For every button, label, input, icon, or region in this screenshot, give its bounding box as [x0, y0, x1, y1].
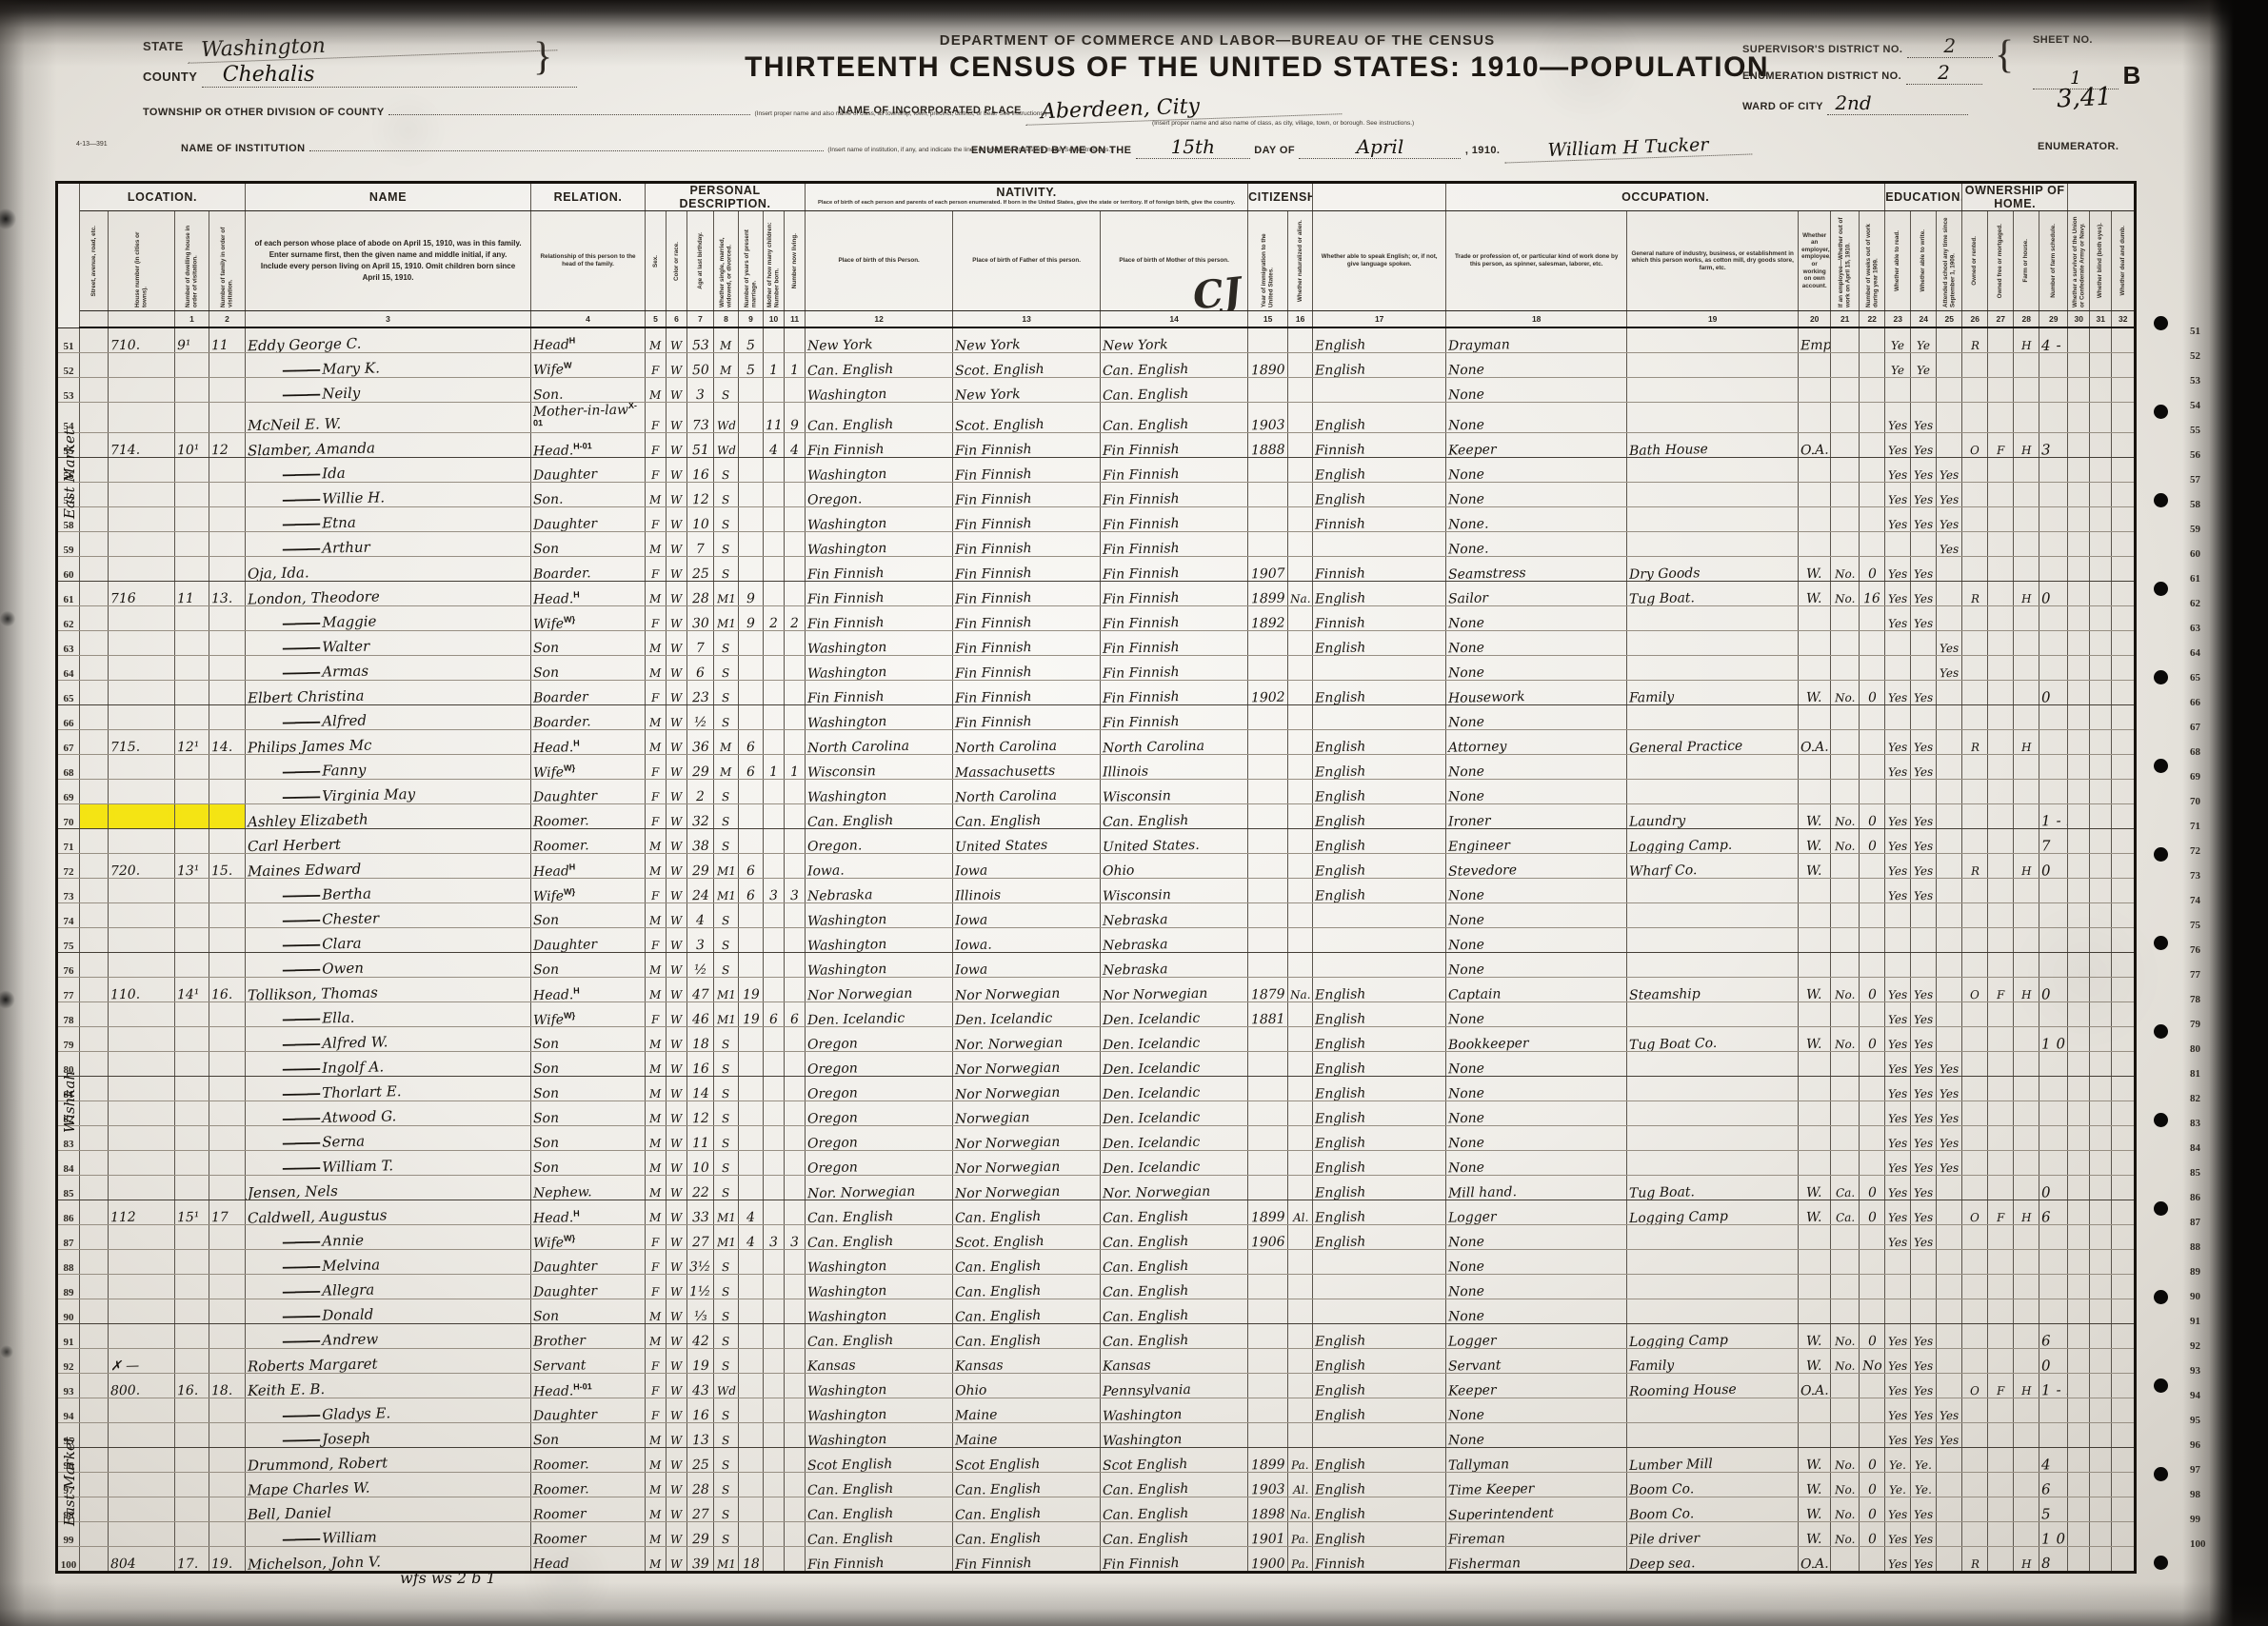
cell-immigration: [1248, 507, 1288, 532]
cell-name: ——— Atwood G.: [246, 1101, 531, 1126]
sheet-brace: }: [1995, 32, 2014, 78]
cell-relation: Son.: [531, 378, 646, 403]
cell-language: English: [1313, 327, 1446, 353]
right-line-number: 92: [2190, 1340, 2218, 1352]
cell-weeks: [1860, 854, 1885, 879]
cell-sched: [2039, 353, 2068, 378]
cell-employer: [1799, 483, 1831, 507]
cell-weeks: 0: [1860, 1176, 1885, 1200]
col-trade: Trade or profession of, or particular ki…: [1446, 211, 1627, 311]
col-line-number: [57, 183, 80, 328]
cell-birthplace: Oregon: [806, 1101, 953, 1126]
cell-sex: F: [646, 804, 666, 829]
cell-write: Yes: [1911, 433, 1937, 458]
cell-free: [1988, 1275, 2014, 1299]
cell-write: Yes: [1911, 1176, 1937, 1200]
cell-name: ——— Allegra: [246, 1275, 531, 1299]
cell-employer: W.: [1799, 582, 1831, 606]
cell-out_of_work: [1831, 705, 1860, 730]
cell-weeks: [1860, 532, 1885, 557]
cell-dwelling: [175, 606, 209, 631]
cell-blind: [2090, 705, 2112, 730]
cell-out_of_work: [1831, 1250, 1860, 1275]
cell-name: ——— Etna: [246, 507, 531, 532]
cell-trade: Logger: [1446, 1324, 1627, 1349]
punch-hole-dot: [2154, 1290, 2168, 1304]
cell-color: W: [666, 829, 687, 854]
cell-age: 47: [687, 978, 714, 1002]
cell-mother_birthplace: Nor Norwegian: [1101, 978, 1248, 1002]
cell-mother_birthplace: Fin Finnish: [1101, 656, 1248, 681]
cell-children_born: 1: [764, 755, 785, 780]
place-label: Name of Incorporated Place: [838, 105, 1022, 116]
cell-marital: S: [714, 1101, 739, 1126]
cell-immigration: 1890: [1248, 353, 1288, 378]
cell-employer: W.: [1799, 854, 1831, 879]
cell-dwelling: 14¹: [175, 978, 209, 1002]
cell-weeks: [1860, 656, 1885, 681]
cell-school: [1937, 1547, 1962, 1573]
cell-sched: [2039, 1423, 2068, 1448]
cell-deaf: [2112, 1473, 2136, 1497]
cell-civ: [2068, 681, 2090, 705]
cell-ln: 72: [57, 854, 80, 879]
cell-free: [1988, 656, 2014, 681]
page-title: THIRTEENTH CENSUS OF THE UNITED STATES: …: [745, 51, 1769, 84]
col-marital: Whether single, married, widowed, or div…: [714, 211, 739, 311]
cell-farm: [2014, 804, 2039, 829]
cell-children_living: [785, 1101, 806, 1126]
cell-relation: WifeW}: [531, 1225, 646, 1250]
cell-immigration: 1899: [1248, 582, 1288, 606]
cell-family: [209, 1027, 246, 1052]
col-immigration: Year of immigration to the United States…: [1248, 211, 1288, 311]
cell-sched: [2039, 631, 2068, 656]
ward-label: Ward of city: [1742, 101, 1823, 112]
cell-sex: M: [646, 730, 666, 755]
cell-mother_birthplace: Ohio: [1101, 854, 1248, 879]
cell-write: Yes: [1911, 1151, 1937, 1176]
cell-sex: M: [646, 1522, 666, 1547]
cell-industry: Family: [1627, 681, 1799, 705]
table-row: 79——— Alfred W.SonMW18SOregonNor. Norweg…: [57, 1027, 2136, 1052]
cell-blind: [2090, 1349, 2112, 1374]
cell-mother_birthplace: Can. English: [1101, 353, 1248, 378]
table-row: 92✗ —Roberts MargaretServantFW19SKansasK…: [57, 1349, 2136, 1374]
cell-children_born: [764, 1497, 785, 1522]
cell-free: F: [1988, 433, 2014, 458]
cell-free: [1988, 780, 2014, 804]
cell-immigration: [1248, 903, 1288, 928]
cell-children_born: [764, 1126, 785, 1151]
cell-children_born: [764, 1349, 785, 1374]
cell-naturalized: Na.: [1288, 582, 1313, 606]
cell-father_birthplace: Norwegian: [953, 1101, 1101, 1126]
cell-children_living: [785, 854, 806, 879]
cell-mother_birthplace: Washington: [1101, 1423, 1248, 1448]
group-header: CITIZENSHIP.: [1248, 183, 1313, 211]
cell-birthplace: Fin Finnish: [806, 1547, 953, 1573]
cell-employer: W.: [1799, 1349, 1831, 1374]
cell-sched: [2039, 507, 2068, 532]
cell-deaf: [2112, 730, 2136, 755]
cell-children_born: [764, 327, 785, 353]
table-row: 63——— WalterSonMW7SWashingtonFin Finnish…: [57, 631, 2136, 656]
cell-employer: [1799, 403, 1831, 433]
cell-read: [1885, 928, 1911, 953]
cell-free: [1988, 1077, 2014, 1101]
department-line: DEPARTMENT OF COMMERCE AND LABOR—BUREAU …: [940, 32, 1496, 49]
cell-age: 73: [687, 403, 714, 433]
cell-color: W: [666, 1374, 687, 1398]
cell-name: Tollikson, Thomas: [246, 978, 531, 1002]
col-birthplace: Place of birth of this Person.: [806, 211, 953, 311]
cell-school: [1937, 1200, 1962, 1225]
table-row: 82——— Atwood G.SonMW12SOregonNorwegianDe…: [57, 1101, 2136, 1126]
cell-street: [80, 1349, 109, 1374]
cell-read: Yes: [1885, 1027, 1911, 1052]
cell-free: [1988, 1497, 2014, 1522]
cell-years_married: 4: [739, 1200, 764, 1225]
cell-civ: [2068, 1002, 2090, 1027]
cell-mother_birthplace: Illinois: [1101, 755, 1248, 780]
sheet-label: Sheet No.: [2033, 34, 2093, 46]
cell-read: Yes: [1885, 854, 1911, 879]
cell-farm: [2014, 879, 2039, 903]
cell-age: 51: [687, 433, 714, 458]
cell-street: [80, 681, 109, 705]
cell-street: [80, 582, 109, 606]
cell-years_married: 5: [739, 327, 764, 353]
cell-blind: [2090, 557, 2112, 582]
cell-civ: [2068, 1299, 2090, 1324]
cell-school: [1937, 903, 1962, 928]
cell-name: ——— Joseph: [246, 1423, 531, 1448]
cell-free: [1988, 1522, 2014, 1547]
cell-children_born: [764, 1299, 785, 1324]
cell-trade: None: [1446, 483, 1627, 507]
cell-street: [80, 730, 109, 755]
cell-age: 36: [687, 730, 714, 755]
cell-dwelling: [175, 1176, 209, 1200]
cell-ln: 85: [57, 1176, 80, 1200]
cell-marital: M1: [714, 879, 739, 903]
cell-relation: Son: [531, 631, 646, 656]
cell-free: F: [1988, 978, 2014, 1002]
sheet-extra: 3,41: [2056, 83, 2112, 114]
cell-trade: Attorney: [1446, 730, 1627, 755]
cell-blind: [2090, 879, 2112, 903]
cell-deaf: [2112, 705, 2136, 730]
cell-dwelling: 9¹: [175, 327, 209, 353]
cell-name: ——— Ella.: [246, 1002, 531, 1027]
col-number: 14: [1101, 311, 1248, 328]
street-name-margin-note: Wishkah: [61, 971, 78, 1133]
cell-owned: [1962, 483, 1988, 507]
cell-family: 17: [209, 1200, 246, 1225]
cell-dwelling: [175, 1250, 209, 1275]
cell-children_living: 1: [785, 755, 806, 780]
ward-value: 2nd: [1827, 91, 1968, 115]
cell-weeks: [1860, 483, 1885, 507]
cell-relation: HeadH: [531, 327, 646, 353]
cell-family: [209, 1275, 246, 1299]
col-weeks: Number of weeks out of work during year …: [1860, 211, 1885, 311]
cell-children_living: [785, 730, 806, 755]
cell-name: ——— Thorlart E.: [246, 1077, 531, 1101]
cell-trade: Drayman: [1446, 327, 1627, 353]
cell-sched: [2039, 557, 2068, 582]
cell-language: [1313, 532, 1446, 557]
place-note: (Insert proper name and also name of cla…: [1152, 120, 1414, 127]
cell-free: [1988, 854, 2014, 879]
col-mother_birthplace: Place of birth of Mother of this person.…: [1101, 211, 1248, 311]
cell-weeks: [1860, 1275, 1885, 1299]
cell-write: Yes: [1911, 1547, 1937, 1573]
cell-color: W: [666, 353, 687, 378]
cell-employer: W.: [1799, 557, 1831, 582]
cell-naturalized: [1288, 1374, 1313, 1398]
cell-birthplace: Washington: [806, 378, 953, 403]
cell-naturalized: [1288, 1002, 1313, 1027]
cell-years_married: [739, 1398, 764, 1423]
cell-mother_birthplace: Can. English: [1101, 1225, 1248, 1250]
cell-years_married: [739, 1250, 764, 1275]
cell-sex: F: [646, 403, 666, 433]
cell-ln: 71: [57, 829, 80, 854]
cell-sex: M: [646, 327, 666, 353]
cell-sched: [2039, 483, 2068, 507]
cell-age: 12: [687, 483, 714, 507]
cell-children_living: [785, 327, 806, 353]
cell-relation: Roomer: [531, 1522, 646, 1547]
cell-age: 6: [687, 656, 714, 681]
cell-weeks: [1860, 1052, 1885, 1077]
cell-industry: Tug Boat.: [1627, 582, 1799, 606]
cell-farm: [2014, 1349, 2039, 1374]
cell-father_birthplace: Fin Finnish: [953, 705, 1101, 730]
cell-farm: [2014, 1423, 2039, 1448]
cell-farm: [2014, 705, 2039, 730]
cell-trade: Stevedore: [1446, 854, 1627, 879]
cell-language: English: [1313, 1126, 1446, 1151]
cell-name: Bell, Daniel: [246, 1497, 531, 1522]
cell-weeks: [1860, 928, 1885, 953]
cell-blind: [2090, 582, 2112, 606]
cell-age: 3: [687, 378, 714, 403]
cell-owned: [1962, 953, 1988, 978]
cell-birthplace: Washington: [806, 928, 953, 953]
cell-naturalized: [1288, 681, 1313, 705]
punch-hole-dot: [2154, 1113, 2168, 1127]
cell-marital: S: [714, 532, 739, 557]
cell-employer: [1799, 1299, 1831, 1324]
cell-father_birthplace: Illinois: [953, 879, 1101, 903]
cell-house: [109, 403, 175, 433]
cell-employer: W.: [1799, 1027, 1831, 1052]
cell-read: [1885, 532, 1911, 557]
cell-language: English: [1313, 730, 1446, 755]
cell-street: [80, 755, 109, 780]
right-line-number: 59: [2190, 524, 2218, 535]
right-line-number: 81: [2190, 1068, 2218, 1080]
cell-years_married: [739, 1374, 764, 1398]
cell-father_birthplace: Fin Finnish: [953, 483, 1101, 507]
cell-weeks: [1860, 433, 1885, 458]
cell-civ: [2068, 353, 2090, 378]
cell-family: [209, 829, 246, 854]
cell-farm: H: [2014, 1200, 2039, 1225]
cell-write: Yes: [1911, 1126, 1937, 1151]
cell-language: English: [1313, 1027, 1446, 1052]
cell-relation: Roomer.: [531, 804, 646, 829]
cell-children_born: [764, 953, 785, 978]
cell-civ: [2068, 327, 2090, 353]
cell-family: [209, 1324, 246, 1349]
county-value: Chehalis: [202, 63, 577, 88]
cell-relation: Roomer.: [531, 1448, 646, 1473]
table-row: 67715.12¹14.Philips James McHead.HMW36M6…: [57, 730, 2136, 755]
cell-owned: O: [1962, 978, 1988, 1002]
cell-house: [109, 705, 175, 730]
cell-family: [209, 755, 246, 780]
cell-industry: [1627, 1126, 1799, 1151]
cell-children_born: [764, 705, 785, 730]
cell-employer: W.: [1799, 1200, 1831, 1225]
cell-dwelling: [175, 705, 209, 730]
cell-civ: [2068, 1522, 2090, 1547]
cell-trade: None: [1446, 1423, 1627, 1448]
cell-children_living: [785, 1176, 806, 1200]
cell-sex: F: [646, 1398, 666, 1423]
cell-naturalized: [1288, 483, 1313, 507]
cell-father_birthplace: United States: [953, 829, 1101, 854]
cell-industry: Deep sea.: [1627, 1547, 1799, 1573]
cell-naturalized: [1288, 1423, 1313, 1448]
cell-dwelling: 13¹: [175, 854, 209, 879]
cell-father_birthplace: Maine: [953, 1398, 1101, 1423]
cell-school: [1937, 1324, 1962, 1349]
cell-father_birthplace: Scot. English: [953, 403, 1101, 433]
cell-blind: [2090, 507, 2112, 532]
cell-industry: [1627, 483, 1799, 507]
cell-read: Yes: [1885, 681, 1911, 705]
cell-dwelling: [175, 403, 209, 433]
cell-language: [1313, 903, 1446, 928]
right-line-number: 53: [2190, 375, 2218, 387]
cell-owned: [1962, 928, 1988, 953]
cell-house: [109, 1126, 175, 1151]
cell-children_living: [785, 1374, 806, 1398]
cell-school: [1937, 730, 1962, 755]
left-brace: }: [533, 34, 552, 80]
cell-free: [1988, 1547, 2014, 1573]
cell-trade: None: [1446, 1077, 1627, 1101]
cell-read: Yes: [1885, 755, 1911, 780]
cell-birthplace: Can. English: [806, 1324, 953, 1349]
cell-employer: [1799, 1225, 1831, 1250]
cell-immigration: 1888: [1248, 433, 1288, 458]
cell-years_married: [739, 433, 764, 458]
cell-color: W: [666, 681, 687, 705]
cell-weeks: [1860, 403, 1885, 433]
cell-relation: Head.H: [531, 1200, 646, 1225]
cell-years_married: 5: [739, 353, 764, 378]
cell-read: [1885, 1250, 1911, 1275]
cell-blind: [2090, 804, 2112, 829]
ward-line: Ward of city 2nd: [1742, 91, 1968, 115]
cell-ln: 63: [57, 631, 80, 656]
cell-naturalized: [1288, 433, 1313, 458]
cell-immigration: 1892: [1248, 606, 1288, 631]
cell-write: Yes: [1911, 458, 1937, 483]
cell-school: [1937, 928, 1962, 953]
cell-age: 10: [687, 507, 714, 532]
cell-employer: Emp.: [1799, 327, 1831, 353]
cell-children_living: [785, 1027, 806, 1052]
cell-blind: [2090, 656, 2112, 681]
cell-trade: None: [1446, 353, 1627, 378]
cell-years_married: [739, 1151, 764, 1176]
cell-farm: [2014, 829, 2039, 854]
cell-name: ——— Mary K.: [246, 353, 531, 378]
cell-name: ——— Donald: [246, 1299, 531, 1324]
cell-dwelling: [175, 1324, 209, 1349]
cell-name: ——— Clara: [246, 928, 531, 953]
cell-immigration: [1248, 1077, 1288, 1101]
cell-children_born: [764, 1027, 785, 1052]
cell-farm: [2014, 1027, 2039, 1052]
cell-trade: Keeper: [1446, 1374, 1627, 1398]
cell-father_birthplace: Fin Finnish: [953, 433, 1101, 458]
cell-street: [80, 780, 109, 804]
cell-civ: [2068, 879, 2090, 903]
cell-marital: M1: [714, 1002, 739, 1027]
cell-owned: [1962, 780, 1988, 804]
cell-employer: [1799, 458, 1831, 483]
cell-employer: [1799, 378, 1831, 403]
cell-weeks: 0: [1860, 1448, 1885, 1473]
cell-naturalized: [1288, 1077, 1313, 1101]
col-number: 15: [1248, 311, 1288, 328]
cell-years_married: [739, 829, 764, 854]
cell-house: [109, 353, 175, 378]
cell-ln: 91: [57, 1324, 80, 1349]
cell-weeks: [1860, 730, 1885, 755]
table-row: 81——— Thorlart E.SonMW14SOregonNor Norwe…: [57, 1077, 2136, 1101]
cell-language: English: [1313, 403, 1446, 433]
cell-employer: O.A.: [1799, 433, 1831, 458]
cell-relation: WifeW}: [531, 606, 646, 631]
cell-trade: None.: [1446, 532, 1627, 557]
cell-blind: [2090, 1077, 2112, 1101]
cell-weeks: [1860, 1374, 1885, 1398]
cell-mother_birthplace: Nebraska: [1101, 953, 1248, 978]
cell-immigration: [1248, 631, 1288, 656]
cell-free: [1988, 1176, 2014, 1200]
cell-children_born: [764, 507, 785, 532]
cell-marital: M1: [714, 854, 739, 879]
cell-street: [80, 327, 109, 353]
cell-school: [1937, 953, 1962, 978]
cell-dwelling: [175, 1002, 209, 1027]
cell-language: English: [1313, 1448, 1446, 1473]
cell-father_birthplace: Scot. English: [953, 1225, 1101, 1250]
col-number: 20: [1799, 311, 1831, 328]
cell-immigration: 1899: [1248, 1448, 1288, 1473]
cell-father_birthplace: Can. English: [953, 1299, 1101, 1324]
cell-sched: [2039, 532, 2068, 557]
